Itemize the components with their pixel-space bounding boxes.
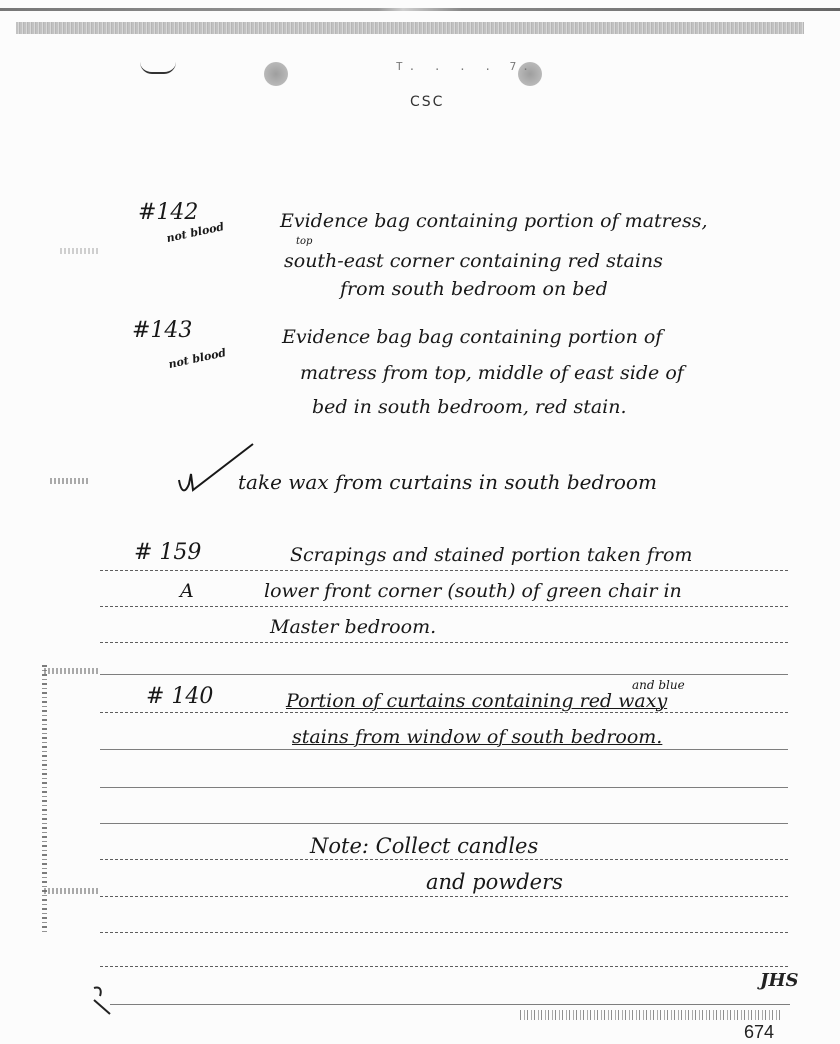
scan-noise [60,248,100,254]
scan-noise [44,668,100,674]
task-line: take wax from curtains in south bedroom [238,470,657,494]
item-line: matress from top, middle of east side of [300,362,684,384]
item-number: # 140 [146,684,213,709]
item-sub-letter: A [180,580,194,602]
ruled-line [100,859,788,860]
ruled-line [100,749,788,750]
ruled-line [100,570,788,571]
initials: JHS [760,970,799,991]
corner-mark-icon [92,986,122,1016]
note-line: and powders [426,870,563,894]
ruled-line [100,787,788,788]
punch-hole [264,62,288,86]
ruled-line [100,674,788,675]
item-number: #143 [132,318,192,343]
header-label: CSC [410,94,444,110]
item-line: lower front corner (south) of green chai… [264,580,682,602]
item-line: Scrapings and stained portion taken from [290,544,692,566]
page-number: 674 [744,1022,774,1043]
item-line: bed in south bedroom, red stain. [312,396,627,418]
ruled-line [100,932,788,933]
faint-header-text: T. . . . 7. [396,60,535,73]
scan-noise [50,478,90,484]
ruled-line [100,606,788,607]
note-line: Note: Collect candles [310,834,538,858]
item-insertion: top [296,236,312,247]
scan-header-bar [16,22,804,34]
pen-mark [140,62,176,74]
item-number: # 159 [134,540,201,565]
item-line: from south bedroom on bed [340,278,608,300]
item-annotation: not blood [167,346,227,371]
ruled-line [100,966,788,967]
scan-edge-noise [42,665,47,935]
scan-noise [520,1010,782,1020]
ruled-line [100,642,788,643]
scan-noise [44,888,100,894]
ruled-line [110,1004,790,1005]
ruled-line [100,823,788,824]
item-number: #142 [138,200,198,225]
item-line: south-east corner containing red stains [284,250,663,272]
item-line: Portion of curtains containing red waxy [286,690,667,712]
ruled-line [100,896,788,897]
scan-edge-line [0,8,840,11]
item-line: stains from window of south bedroom. [292,726,662,748]
item-line: Evidence bag containing portion of matre… [280,210,708,232]
item-line: Master bedroom. [270,616,436,638]
ruled-line [100,712,788,713]
item-line: Evidence bag bag containing portion of [282,326,662,348]
